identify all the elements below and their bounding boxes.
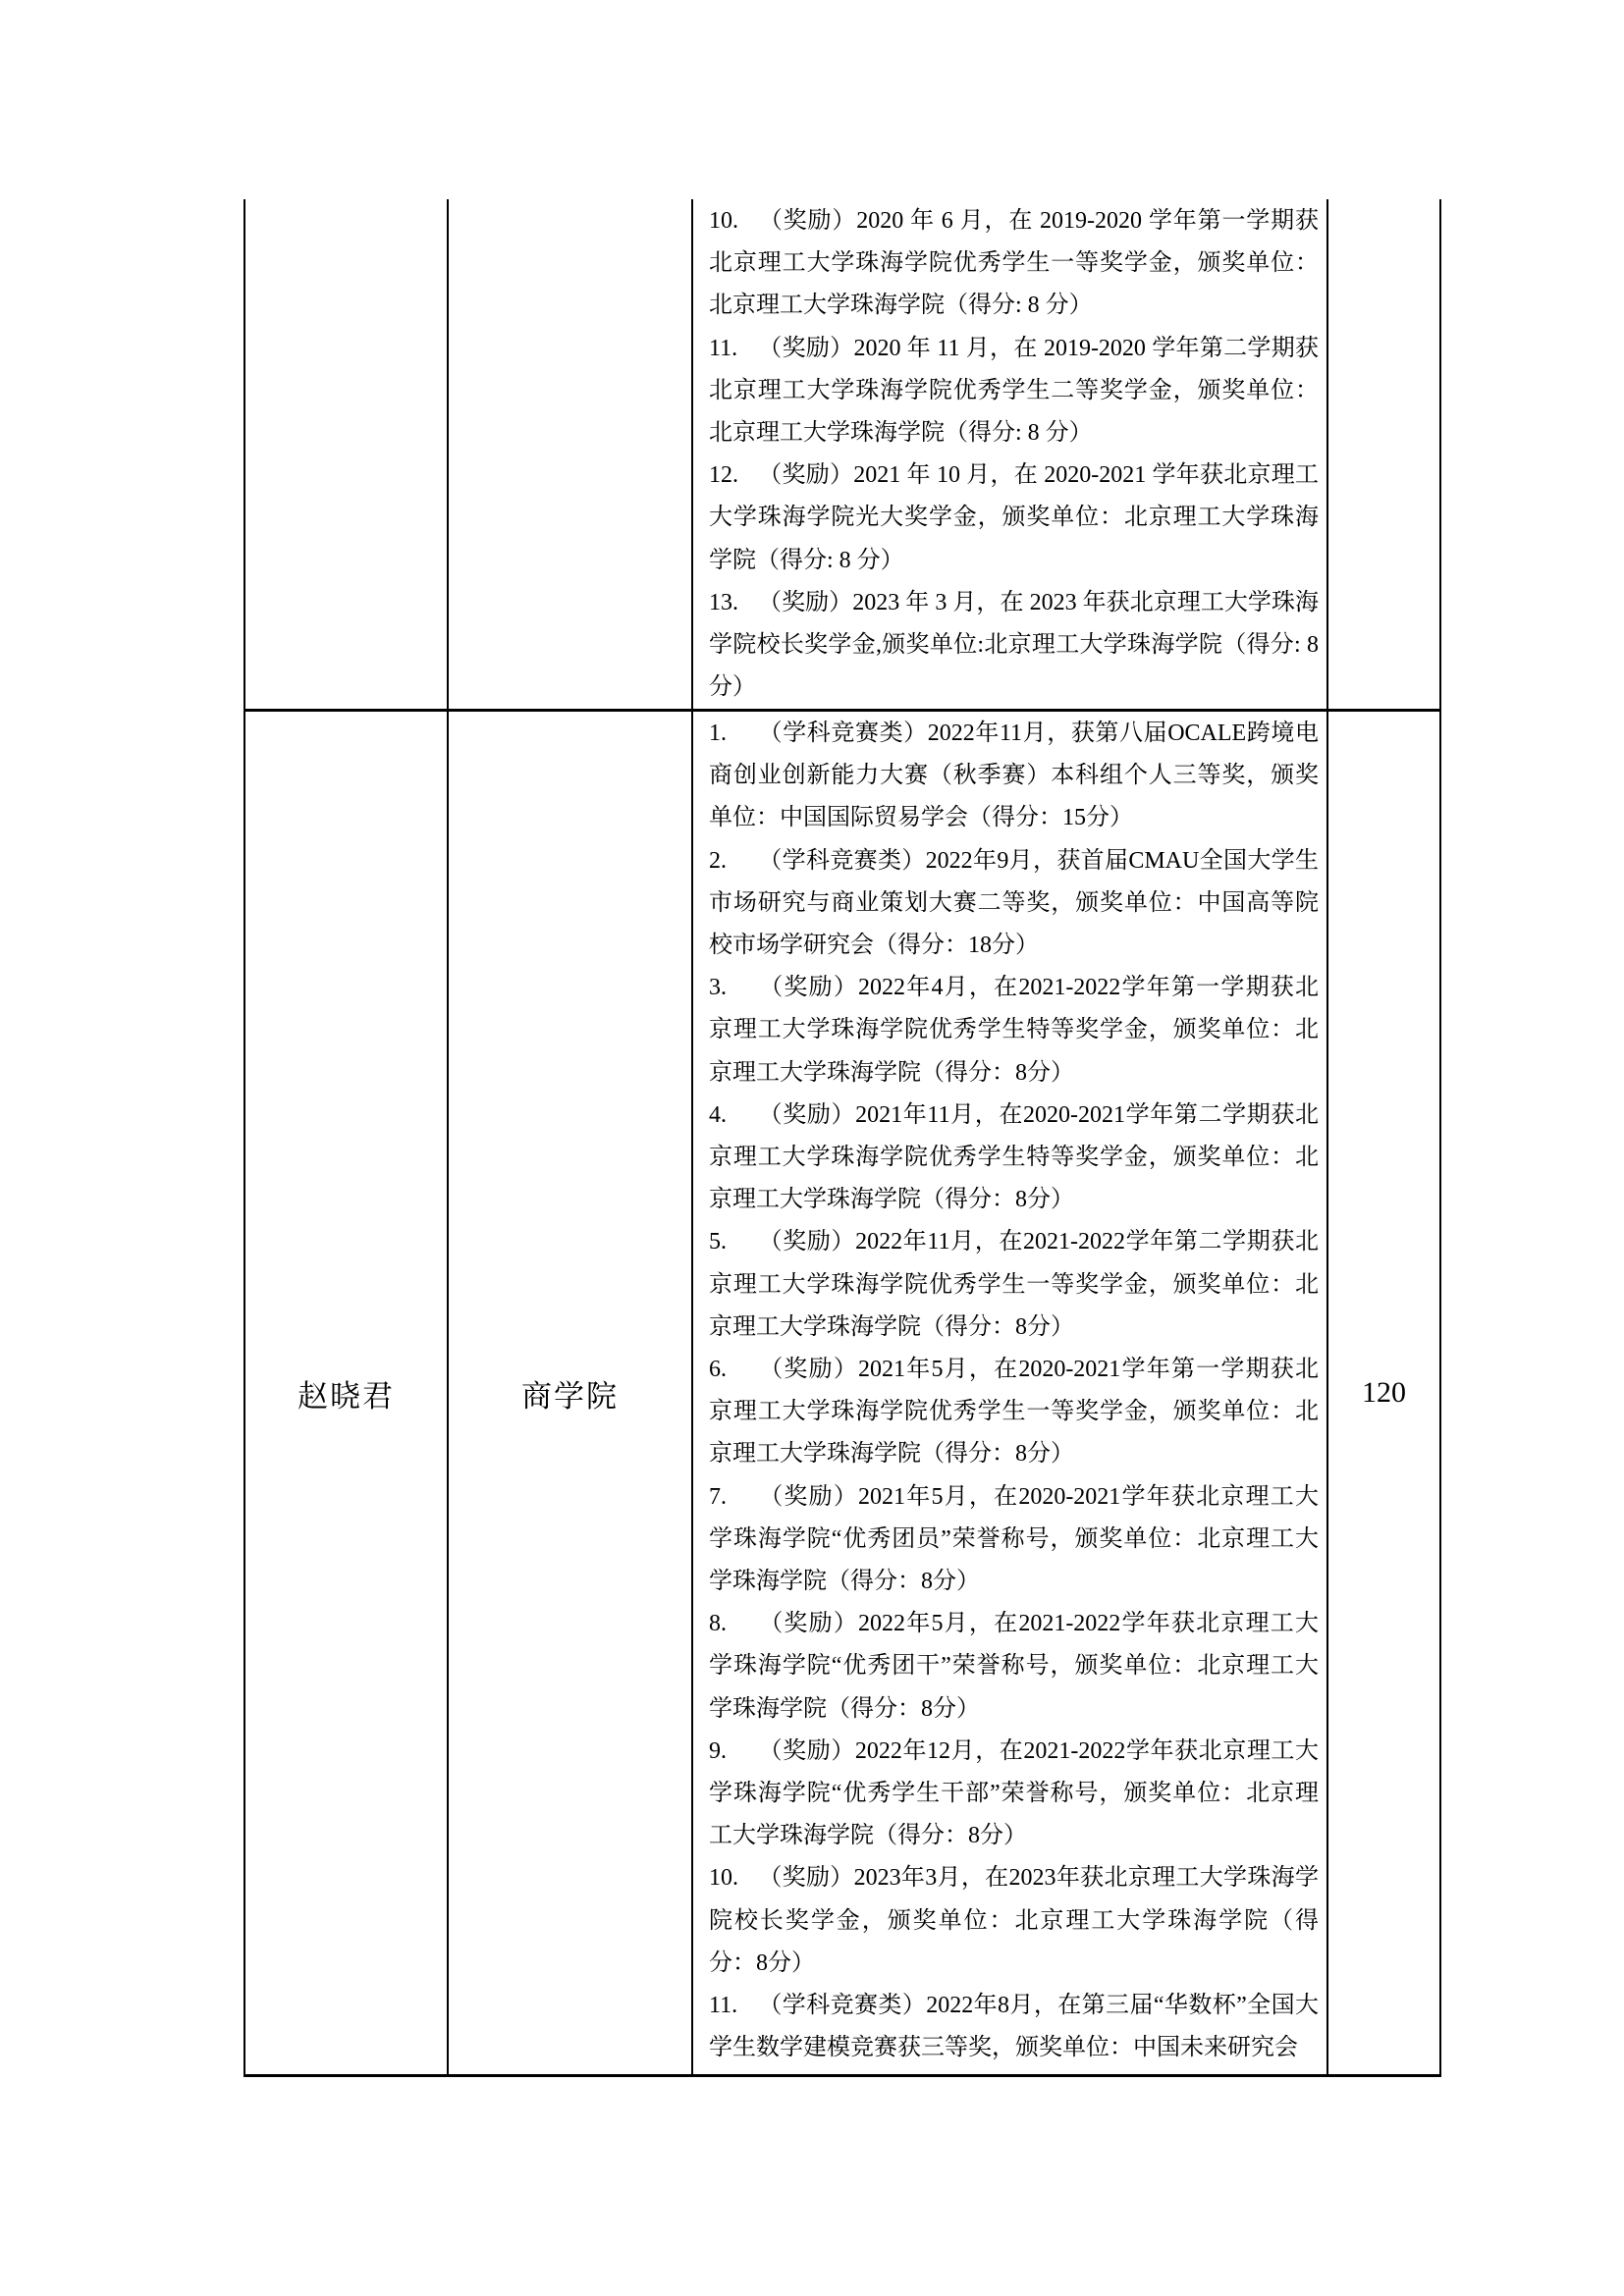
award-item: 12.（奖励）2021 年 10 月，在 2020-2021 学年获北京理工大学… bbox=[709, 454, 1319, 582]
student-name-cell: 赵晓君 bbox=[244, 712, 449, 2074]
award-item: 8.（奖励）2022年5月，在2021-2022学年获北京理工大学珠海学院“优秀… bbox=[709, 1603, 1319, 1731]
award-item-number: 13. bbox=[709, 582, 758, 624]
table-row: 10.（奖励）2020 年 6 月，在 2019-2020 学年第一学期获北京理… bbox=[244, 199, 1441, 709]
award-item-number: 4. bbox=[709, 1095, 758, 1137]
award-item-number: 7. bbox=[709, 1476, 758, 1519]
award-item-number: 6. bbox=[709, 1349, 758, 1391]
award-item: 13.（奖励）2023 年 3 月，在 2023 年获北京理工大学珠海学院校长奖… bbox=[709, 582, 1319, 709]
score-cell bbox=[1328, 199, 1441, 709]
award-item: 11.（学科竞赛类）2022年8月，在第三届“华数杯”全国大学生数学建模竞赛获三… bbox=[709, 1985, 1319, 2069]
award-item: 11.（奖励）2020 年 11 月，在 2019-2020 学年第二学期获北京… bbox=[709, 328, 1319, 455]
award-item-number: 2. bbox=[709, 840, 758, 882]
award-item-number: 8. bbox=[709, 1603, 758, 1645]
award-item-number: 1. bbox=[709, 713, 758, 755]
award-item: 2.（学科竞赛类）2022年9月，获首届CMAU全国大学生市场研究与商业策划大赛… bbox=[709, 840, 1319, 968]
award-item: 1.（学科竞赛类）2022年11月，获第八届OCALE跨境电商创业创新能力大赛（… bbox=[709, 713, 1319, 840]
awards-table: 10.（奖励）2020 年 6 月，在 2019-2020 学年第一学期获北京理… bbox=[244, 199, 1441, 2077]
college-name: 商学院 bbox=[521, 1371, 619, 1415]
document-page: 10.（奖励）2020 年 6 月，在 2019-2020 学年第一学期获北京理… bbox=[0, 0, 1624, 2296]
student-name: 赵晓君 bbox=[298, 1371, 395, 1415]
college-cell: 商学院 bbox=[449, 712, 693, 2074]
award-item-number: 10. bbox=[709, 200, 758, 242]
award-item: 6.（奖励）2021年5月，在2020-2021学年第一学期获北京理工大学珠海学… bbox=[709, 1349, 1319, 1476]
award-item: 7.（奖励）2021年5月，在2020-2021学年获北京理工大学珠海学院“优秀… bbox=[709, 1476, 1319, 1604]
score-value: 120 bbox=[1362, 1376, 1406, 1410]
award-item-number: 10. bbox=[709, 1857, 758, 1899]
score-cell: 120 bbox=[1328, 712, 1441, 2074]
table-row: 赵晓君 商学院 1.（学科竞赛类）2022年11月，获第八届OCALE跨境电商创… bbox=[244, 709, 1441, 2074]
award-item-number: 3. bbox=[709, 967, 758, 1009]
award-item-number: 11. bbox=[709, 328, 758, 370]
awards-list-cell: 10.（奖励）2020 年 6 月，在 2019-2020 学年第一学期获北京理… bbox=[693, 199, 1328, 709]
award-item: 10.（奖励）2020 年 6 月，在 2019-2020 学年第一学期获北京理… bbox=[709, 200, 1319, 328]
award-item: 10.（奖励）2023年3月，在2023年获北京理工大学珠海学院校长奖学金，颁奖… bbox=[709, 1857, 1319, 1985]
award-item: 9.（奖励）2022年12月，在2021-2022学年获北京理工大学珠海学院“优… bbox=[709, 1731, 1319, 1858]
student-name-cell bbox=[244, 199, 449, 709]
award-item: 3.（奖励）2022年4月，在2021-2022学年第一学期获北京理工大学珠海学… bbox=[709, 967, 1319, 1095]
award-item-number: 12. bbox=[709, 454, 758, 497]
award-item-number: 5. bbox=[709, 1221, 758, 1263]
award-item-number: 9. bbox=[709, 1731, 758, 1773]
award-item: 4.（奖励）2021年11月，在2020-2021学年第二学期获北京理工大学珠海… bbox=[709, 1095, 1319, 1222]
awards-list-cell: 1.（学科竞赛类）2022年11月，获第八届OCALE跨境电商创业创新能力大赛（… bbox=[693, 712, 1328, 2074]
award-item-number: 11. bbox=[709, 1985, 758, 2027]
award-item: 5.（奖励）2022年11月，在2021-2022学年第二学期获北京理工大学珠海… bbox=[709, 1221, 1319, 1349]
college-cell bbox=[449, 199, 693, 709]
